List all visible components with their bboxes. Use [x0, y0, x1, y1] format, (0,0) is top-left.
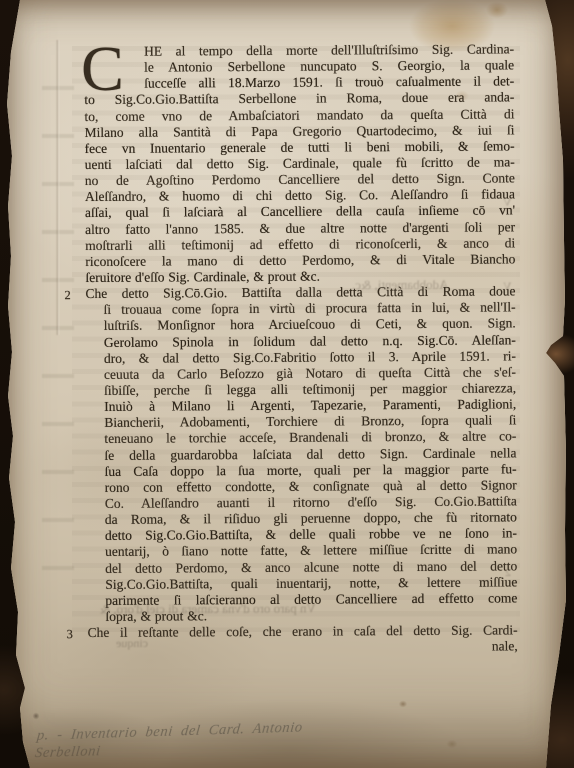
bleedthrough-text: V	[503, 279, 512, 294]
bleedthrough-text: Adobbamenti, &c.	[352, 277, 448, 294]
catchword: nale,	[88, 639, 518, 658]
photo-backdrop: CHE al tempo della morte dell'Illuſtriſs…	[0, 0, 574, 768]
bleedthrough-text: cinque	[116, 636, 148, 651]
paper-crease	[56, 40, 60, 335]
paragraph-number: 3	[67, 626, 73, 642]
printed-text-block: CHE al tempo della morte dell'Illuſtriſs…	[84, 41, 518, 657]
handwritten-annotation: p. - Inventario beni del Card. Antonio S…	[34, 718, 368, 762]
document-page: CHE al tempo della morte dell'Illuſtriſs…	[0, 0, 574, 768]
paragraph-number: 2	[64, 287, 70, 303]
bleedthrough-text: Vn paro oro d'vna camera di ciel d'oro, …	[100, 600, 316, 617]
bleedthrough-text: V	[503, 195, 512, 210]
bleedthrough-text: 2	[505, 565, 511, 580]
